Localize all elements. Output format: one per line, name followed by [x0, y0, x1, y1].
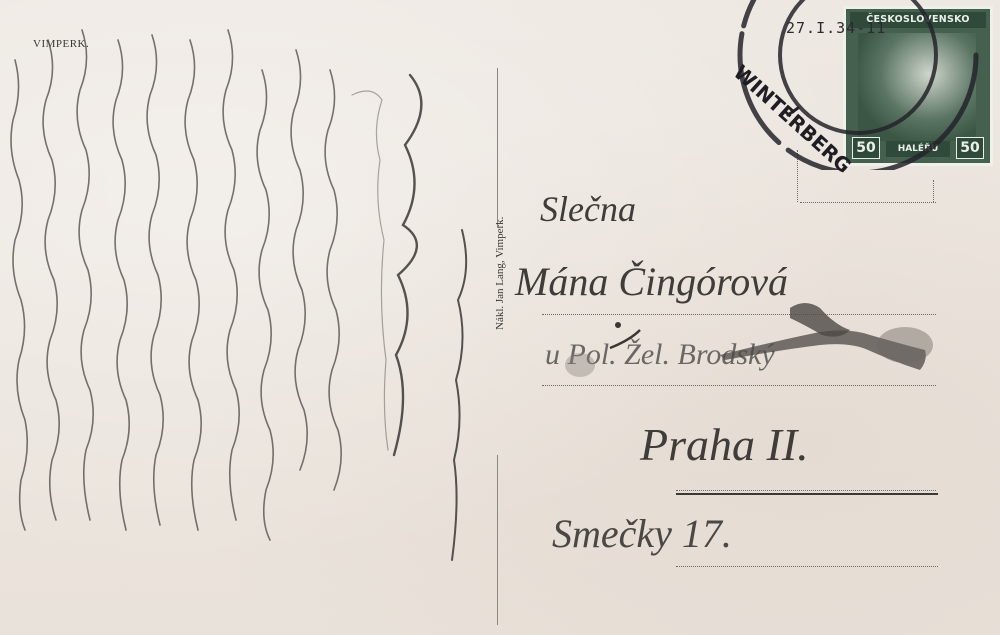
postcard: VIMPERK. Na — [0, 0, 1000, 635]
postmark-city: WINTERBERG — [729, 60, 856, 178]
stamp-box-bottom-dots — [800, 202, 936, 203]
stamp-box-right-dots — [933, 180, 934, 202]
center-divider-top — [497, 68, 498, 228]
address-salutation: Slečna — [540, 188, 636, 230]
ink-blot — [550, 290, 1000, 390]
stamp-value-left: 50 — [852, 137, 880, 159]
center-divider-bottom — [497, 455, 498, 625]
postmark-city-text: WINTERBERG — [729, 60, 856, 178]
postmark-date: 27.I.34-11 — [786, 19, 886, 37]
address-street: Smečky 17. — [552, 510, 732, 557]
stamp-portrait — [858, 33, 976, 141]
address-line-3 — [676, 490, 936, 491]
address-line-4 — [676, 566, 938, 567]
stamp-currency: HALÉŘU — [886, 141, 950, 157]
publisher-imprint: Nákl. Jan Lang, Vimperk. — [494, 217, 506, 330]
address-city: Praha II. — [640, 418, 809, 471]
stamp-box-left-dots — [797, 150, 798, 202]
address-city-underline — [676, 493, 938, 495]
stamp-value-right: 50 — [956, 137, 984, 159]
address-line-2 — [542, 385, 936, 386]
